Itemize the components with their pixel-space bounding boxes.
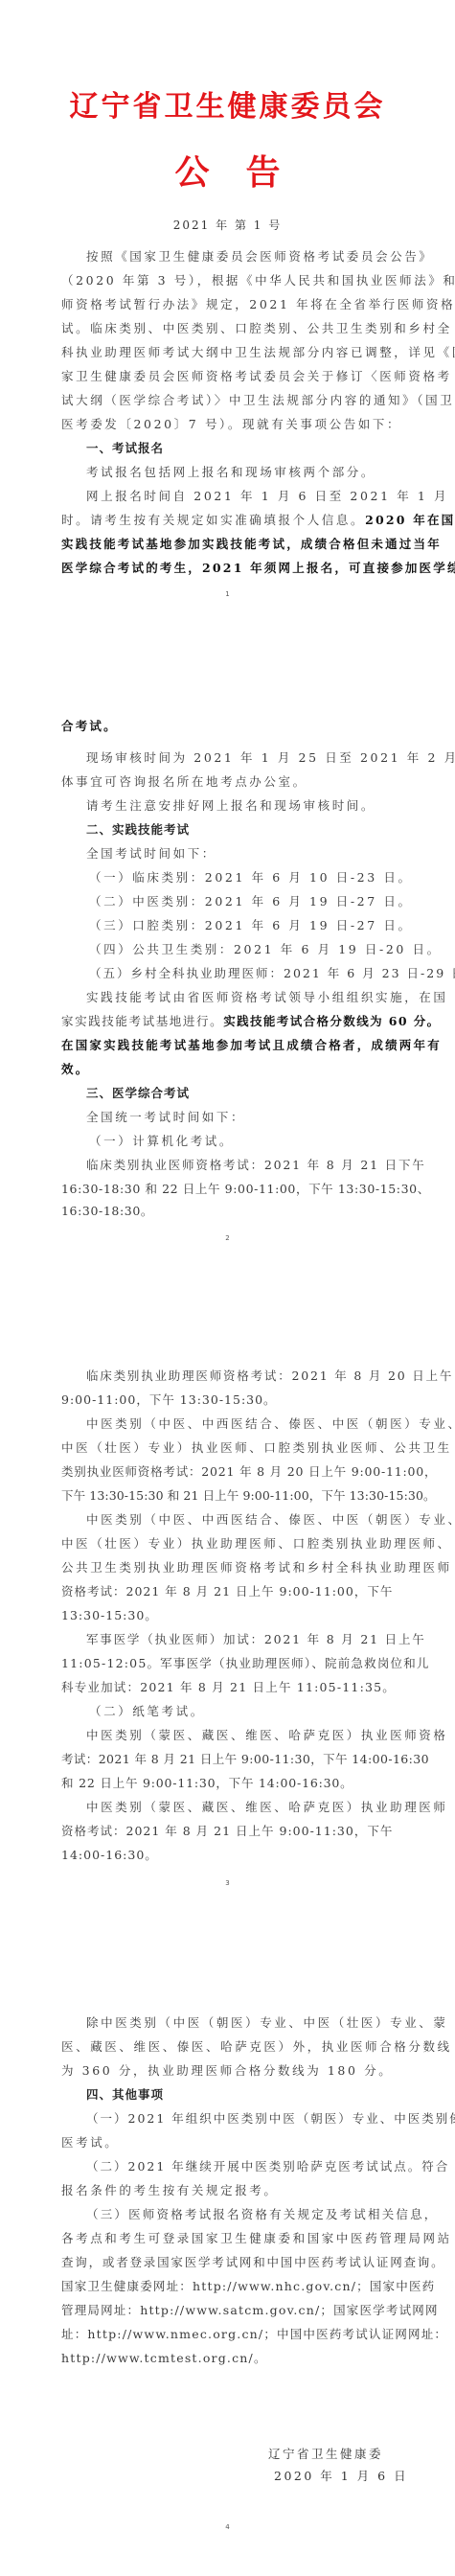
page-number: 3	[0, 1879, 455, 1887]
paragraph-line: 临床类别执业助理医师资格考试：2021 年 8 月 20 日上午	[86, 1368, 397, 1384]
paragraph-line: 各考点和考生可登录国家卫生健康委和国家中医药管理局网站	[61, 2231, 397, 2246]
paragraph-line: 16:30-18:30。	[61, 1204, 397, 1219]
page-number: 4	[0, 2523, 455, 2531]
paragraph-line: 资格考试：2021 年 8 月 21 日上午 9:00-11:00，下午	[61, 1584, 397, 1599]
paragraph-line: 国家卫生健康委网址：http://www.nhc.gov.cn/；国家中医药	[61, 2279, 397, 2294]
list-item: （四）公共卫生类别：2021 年 6 月 19 日-20 日。	[89, 942, 424, 957]
bold-text: 2020 年在国家	[365, 513, 455, 527]
intro-line: 师资格考试暂行办法》规定，2021 年将在全省举行医师资格考	[61, 297, 397, 312]
paragraph-line: 址：http://www.nmec.org.cn/；中国中医药考试认证网网址：	[61, 2327, 397, 2342]
paragraph-line: 考试报名包括网上报名和现场审核两个部分。	[86, 465, 397, 480]
paragraph-line: 公共卫生类别执业助理医师资格考试和乡村全科执业助理医师	[61, 1560, 397, 1575]
paragraph-line: （一）2021 年组织中医类别中医（朝医）专业、中医类别傣	[86, 2111, 397, 2127]
paragraph-line: 为 360 分，执业助理医师合格分数线为 180 分。	[61, 2063, 397, 2079]
list-item: （二）中医类别：2021 年 6 月 19 日-27 日。	[89, 894, 424, 909]
paragraph-line: 请考生注意安排好网上报名和现场审核时间。	[86, 798, 397, 814]
bold-paragraph-line: 实践技能考试基地参加实践技能考试，成绩合格但未通过当年	[61, 537, 397, 552]
paragraph-line: 16:30-18:30 和 22 日上午 9:00-11:00，下午 13:30…	[61, 1182, 397, 1197]
paragraph-line: 家实践技能考试基地进行。实践技能考试合格分数线为 60 分。	[61, 1014, 397, 1029]
notice-title: 公告	[0, 146, 455, 195]
paragraph-line: （三）医师资格考试报名资格有关规定及考试相关信息，	[86, 2207, 397, 2222]
paragraph-line: 9:00-11:00，下午 13:30-15:30。	[61, 1392, 397, 1408]
intro-line: （2020 年第 3 号），根据《中华人民共和国执业医师法》和《医	[61, 273, 397, 288]
paragraph-line: 网上报名时间自 2021 年 1 月 6 日至 2021 年 1 月 21 日 …	[86, 489, 397, 504]
announcement-document: 辽宁省卫生健康委员会 公告 2021 年 第 1 号 按照《国家卫生健康委员会医…	[0, 0, 455, 2576]
paragraph-line: 科专业加试：2021 年 8 月 21 日上午 11:05-11:35。	[61, 1680, 397, 1695]
list-item: （三）口腔类别：2021 年 6 月 19 日-27 日。	[89, 918, 424, 933]
intro-line: 家卫生健康委员会医师资格考试委员会关于修订〈医师资格考	[61, 369, 397, 384]
section-heading-comprehensive: 三、医学综合考试	[86, 1086, 397, 1101]
paragraph-line: 军事医学（执业医师）加试：2021 年 8 月 21 日上午	[86, 1632, 397, 1647]
paragraph-line: （二）2021 年继续开展中医类别哈萨克医考试试点。符合	[86, 2159, 397, 2174]
bold-text: 实践技能考试合格分数线为 60 分。	[223, 1014, 440, 1028]
paragraph-line: 考试：2021 年 8 月 21 日上午 9:00-11:30，下午 14:00…	[61, 1752, 397, 1767]
paragraph-line: 时。请考生按有关规定如实准确填报个人信息。2020 年在国家	[61, 513, 397, 528]
subsection-heading: （一）计算机化考试。	[89, 1134, 424, 1149]
paragraph-line: 中医类别（中医、中西医结合、傣医、中医（朝医）专业、	[86, 1416, 397, 1432]
page-number: 2	[0, 1234, 455, 1242]
paragraph-line: 和 22 日上午 9:00-11:30，下午 14:00-16:30。	[61, 1776, 397, 1791]
paragraph-line: 中医类别（中医、中西医结合、傣医、中医（朝医）专业、	[86, 1512, 397, 1528]
paragraph-line: 类别执业医师资格考试：2021 年 8 月 20 日上午 9:00-11:00，	[61, 1464, 397, 1480]
intro-line: 科执业助理医师考试大纲中卫生法规部分内容已调整，详见《国	[61, 345, 397, 360]
paragraph-line: 全国统一考试时间如下：	[86, 1110, 397, 1125]
paragraph-line: 医、藏医、维医、傣医、哈萨克医）外，执业医师合格分数线	[61, 2039, 397, 2055]
paragraph-line: 13:30-15:30。	[61, 1608, 397, 1623]
section-heading-other: 四、其他事项	[86, 2087, 397, 2103]
intro-line: 试。临床类别、中医类别、口腔类别、公共卫生类别和乡村全	[61, 321, 397, 336]
paragraph-line: 中医类别（蒙医、藏医、维医、哈萨克医）执业医师资格	[86, 1728, 397, 1743]
paragraph-line: 中医类别（蒙医、藏医、维医、哈萨克医）执业助理医师	[86, 1800, 397, 1815]
paragraph-line: 现场审核时间为 2021 年 1 月 25 日至 2021 年 2 月 8 日，…	[86, 750, 397, 766]
section-heading-registration: 一、考试报名	[86, 441, 397, 456]
website-link-tcmtest[interactable]: http://www.tcmtest.org.cn/。	[61, 2351, 267, 2365]
paragraph-line: 中医（壮医）专业）执业助理医师、口腔类别执业助理医师、	[61, 1536, 397, 1552]
paragraph-line: 医考试。	[61, 2135, 397, 2150]
paragraph-line: 除中医类别（中医（朝医）专业、中医（壮医）专业、蒙	[86, 2015, 397, 2031]
document-number: 2021 年 第 1 号	[0, 217, 455, 233]
website-link-nhc[interactable]: 国家卫生健康委网址：http://www.nhc.gov.cn/；国家中医药	[61, 2279, 435, 2293]
page-number: 1	[0, 590, 455, 598]
paragraph-line: 查询，或者登录国家医学考试网和中国中医药考试认证网查询。	[61, 2255, 397, 2270]
intro-line: 试大纲（医学综合考试）〉中卫生法规部分内容的通知》（国卫	[61, 393, 397, 408]
paragraph-line: 14:00-16:30。	[61, 1848, 397, 1863]
bold-paragraph-line: 效。	[61, 1062, 397, 1077]
intro-line: 按照《国家卫生健康委员会医师资格考试委员会公告》	[86, 249, 397, 264]
list-item: （五）乡村全科执业助理医师：2021 年 6 月 23 日-29 日。	[89, 966, 424, 981]
signature-organization: 辽宁省卫生健康委	[268, 2445, 383, 2462]
paragraph-line: 临床类别执业医师资格考试：2021 年 8 月 21 日下午	[86, 1158, 397, 1173]
paragraph-line: 资格考试：2021 年 8 月 21 日上午 9:00-11:30，下午	[61, 1824, 397, 1839]
paragraph-line: 11:05-12:05。军事医学（执业助理医师）、院前急救岗位和儿	[61, 1656, 397, 1671]
bold-paragraph-line: 在国家实践技能考试基地参加考试且成绩合格者，成绩两年有	[61, 1038, 397, 1053]
signature-date: 2020 年 1 月 6 日	[274, 2467, 408, 2484]
paragraph-line: 中医（壮医）专业）执业医师、口腔类别执业医师、公共卫生	[61, 1440, 397, 1456]
org-title: 辽宁省卫生健康委员会	[0, 82, 455, 125]
website-link-nmec[interactable]: 址：http://www.nmec.org.cn/；中国中医药考试认证网网址：	[61, 2327, 447, 2341]
paragraph-line: 实践技能考试由省医师资格考试领导小组组织实施，在国	[86, 990, 397, 1005]
normal-text: 时。请考生按有关规定如实准确填报个人信息。	[61, 513, 365, 527]
paragraph-line: http://www.tcmtest.org.cn/。	[61, 2351, 397, 2366]
paragraph-line: 全国考试时间如下：	[86, 846, 397, 862]
paragraph-line: 体事宜可咨询报名所在地考点办公室。	[61, 774, 397, 790]
paragraph-line: 下午 13:30-15:30 和 21 日上午 9:00-11:00，下午 13…	[61, 1488, 397, 1504]
bold-paragraph-line: 医学综合考试的考生，2021 年须网上报名，可直接参加医学综	[61, 561, 397, 576]
subsection-heading: （二）纸笔考试。	[89, 1704, 424, 1719]
intro-line: 医考委发〔2020〕7 号）。现就有关事项公告如下：	[61, 417, 397, 432]
list-item: （一）临床类别：2021 年 6 月 10 日-23 日。	[89, 870, 424, 885]
bold-paragraph-line: 合考试。	[61, 719, 397, 734]
website-link-satcm[interactable]: 管理局网址：http://www.satcm.gov.cn/；国家医学考试网网	[61, 2303, 439, 2317]
paragraph-line: 报名条件的考生按有关规定报考。	[61, 2183, 397, 2198]
normal-text: 家实践技能考试基地进行。	[61, 1014, 223, 1028]
section-heading-practical: 二、实践技能考试	[86, 822, 397, 838]
paragraph-line: 管理局网址：http://www.satcm.gov.cn/；国家医学考试网网	[61, 2303, 397, 2318]
